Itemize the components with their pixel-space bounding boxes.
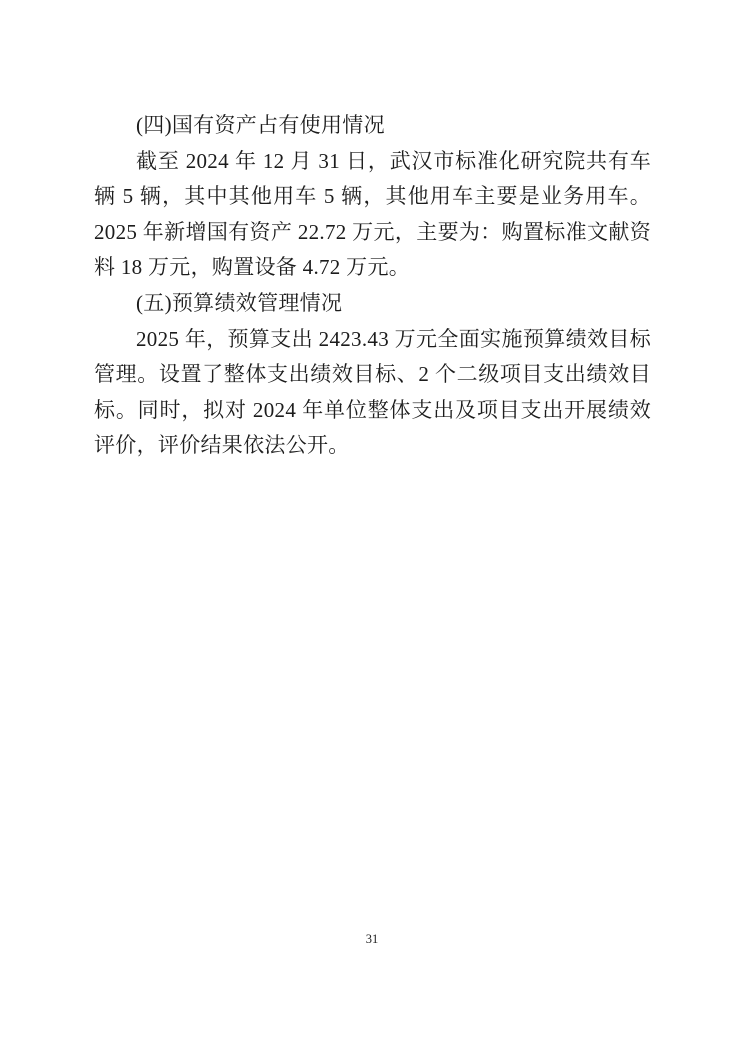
page-number: 31 <box>0 931 744 947</box>
section-paragraph-budget-performance: 2025 年，预算支出 2423.43 万元全面实施预算绩效目标管理。设置了整体… <box>94 322 651 464</box>
document-content: (四)国有资产占有使用情况 截至 2024 年 12 月 31 日，武汉市标准化… <box>94 108 651 464</box>
document-page: (四)国有资产占有使用情况 截至 2024 年 12 月 31 日，武汉市标准化… <box>0 0 744 1052</box>
section-heading-budget-performance: (五)预算绩效管理情况 <box>94 286 651 322</box>
section-heading-state-assets: (四)国有资产占有使用情况 <box>94 108 651 144</box>
section-paragraph-state-assets: 截至 2024 年 12 月 31 日，武汉市标准化研究院共有车辆 5 辆，其中… <box>94 144 651 286</box>
